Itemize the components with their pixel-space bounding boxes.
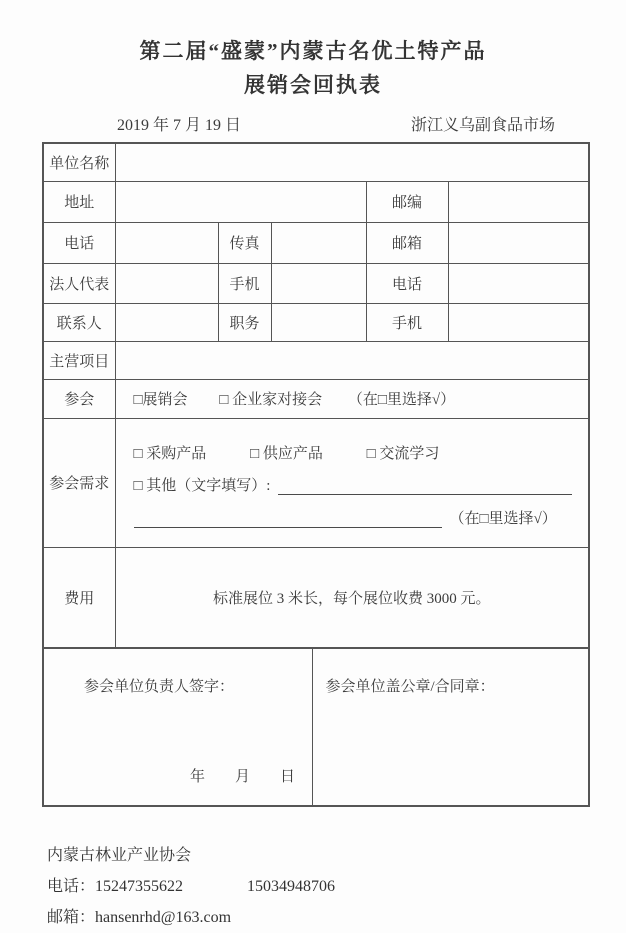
legal-rep-label: 法人代表 [43, 263, 115, 303]
fee-label: 费用 [43, 547, 115, 648]
postcode-value-cell [448, 181, 589, 222]
rep-phone-label: 电话 [366, 263, 448, 303]
main-business-label: 主营项目 [43, 341, 115, 379]
rep-mobile-label: 手机 [218, 263, 271, 303]
needs-other-line: □ 其他（文字填写）: [134, 474, 573, 495]
checkbox-matchmaking: □ 企业家对接会 [219, 392, 322, 408]
contact-label: 联系人 [43, 303, 115, 341]
row-phone-fax-email: 电话 传真 邮箱 [43, 222, 589, 263]
seal-label: 参会单位盖公章/合同章： [313, 649, 589, 696]
address-label: 地址 [43, 181, 115, 222]
attend-note: （在□里选择√） [348, 392, 455, 408]
organizer-email: 邮箱：hansenrhd@163.com [47, 902, 626, 933]
unit-name-value-cell [115, 143, 589, 181]
rep-phone-value-cell [448, 263, 589, 303]
contact-mobile-label: 手机 [366, 303, 448, 341]
other-fill-line-2 [134, 510, 442, 528]
checkbox-purchase: □ 采购产品 [134, 446, 207, 462]
phone-value-cell [115, 222, 218, 263]
other-fill-line-1 [278, 477, 572, 495]
organizer-phones: 电话：15247355622 15034948706 [47, 871, 626, 902]
page-title-line1: 第二届“盛蒙”内蒙古名优土特产品 [0, 34, 626, 68]
event-venue: 浙江义乌副食品市场 [411, 112, 555, 135]
needs-note: （在□里选择√） [450, 507, 557, 528]
fax-value-cell [271, 222, 366, 263]
attend-options-cell: □展销会 □ 企业家对接会 （在□里选择√） [115, 379, 589, 418]
row-legal-rep: 法人代表 手机 电话 [43, 263, 589, 303]
checkbox-supply: □ 供应产品 [250, 446, 323, 462]
row-unit-name: 单位名称 [43, 143, 589, 181]
seal-cell: 参会单位盖公章/合同章： [312, 648, 589, 806]
rep-mobile-value-cell [271, 263, 366, 303]
checkbox-other: □ 其他（文字填写）: [134, 474, 271, 495]
checkbox-exhibition: □展销会 [134, 392, 188, 408]
row-attend: 参会 □展销会 □ 企业家对接会 （在□里选择√） [43, 379, 589, 418]
signature-section: 参会单位负责人签字： 年 月 日 参会单位盖公章/合同章： [42, 647, 590, 807]
signature-label: 参会单位负责人签字： [44, 649, 312, 696]
row-fee: 费用 标准展位 3 米长，每个展位收费 3000 元。 [43, 547, 589, 648]
main-business-value-cell [115, 341, 589, 379]
checkbox-exchange: □ 交流学习 [367, 446, 440, 462]
needs-options-cell: □ 采购产品 □ 供应产品 □ 交流学习 □ 其他（文字填写）: （在□里选择√… [115, 418, 589, 547]
legal-rep-value-cell [115, 263, 218, 303]
address-value-cell [115, 181, 366, 222]
row-address: 地址 邮编 [43, 181, 589, 222]
email-label: 邮箱 [366, 222, 448, 263]
needs-note-line: （在□里选择√） [134, 507, 573, 528]
fee-text-cell: 标准展位 3 米长，每个展位收费 3000 元。 [115, 547, 589, 648]
contact-mobile-value-cell [448, 303, 589, 341]
needs-label: 参会需求 [43, 418, 115, 547]
position-value-cell [271, 303, 366, 341]
email-value-cell [448, 222, 589, 263]
phone-label: 电话 [43, 222, 115, 263]
event-date: 2019 年 7 月 19 日 [117, 112, 241, 135]
date-venue-row: 2019 年 7 月 19 日 浙江义乌副食品市场 [0, 102, 626, 135]
position-label: 职务 [218, 303, 271, 341]
needs-options-line: □ 采购产品 □ 供应产品 □ 交流学习 [134, 442, 573, 463]
page-title-line2: 展销会回执表 [0, 68, 626, 102]
signature-cell: 参会单位负责人签字： 年 月 日 [43, 648, 312, 806]
row-contact: 联系人 职务 手机 [43, 303, 589, 341]
signature-date-blanks: 年 月 日 [190, 765, 295, 786]
organizer-footer: 内蒙古林业产业协会 电话：15247355622 15034948706 邮箱：… [47, 840, 626, 933]
organizer-name: 内蒙古林业产业协会 [47, 840, 626, 871]
fax-label: 传真 [218, 222, 271, 263]
postcode-label: 邮编 [366, 181, 448, 222]
row-main-business: 主营项目 [43, 341, 589, 379]
contact-value-cell [115, 303, 218, 341]
form-header: 第二届“盛蒙”内蒙古名优土特产品 展销会回执表 [0, 0, 626, 102]
row-needs: 参会需求 □ 采购产品 □ 供应产品 □ 交流学习 □ 其他（文字填写）: （在… [43, 418, 589, 547]
unit-name-label: 单位名称 [43, 143, 115, 181]
attend-label: 参会 [43, 379, 115, 418]
registration-form-table: 单位名称 地址 邮编 电话 传真 邮箱 法人代表 手机 电话 联系人 [42, 142, 590, 649]
scanned-form-page: 第二届“盛蒙”内蒙古名优土特产品 展销会回执表 2019 年 7 月 19 日 … [0, 0, 626, 933]
